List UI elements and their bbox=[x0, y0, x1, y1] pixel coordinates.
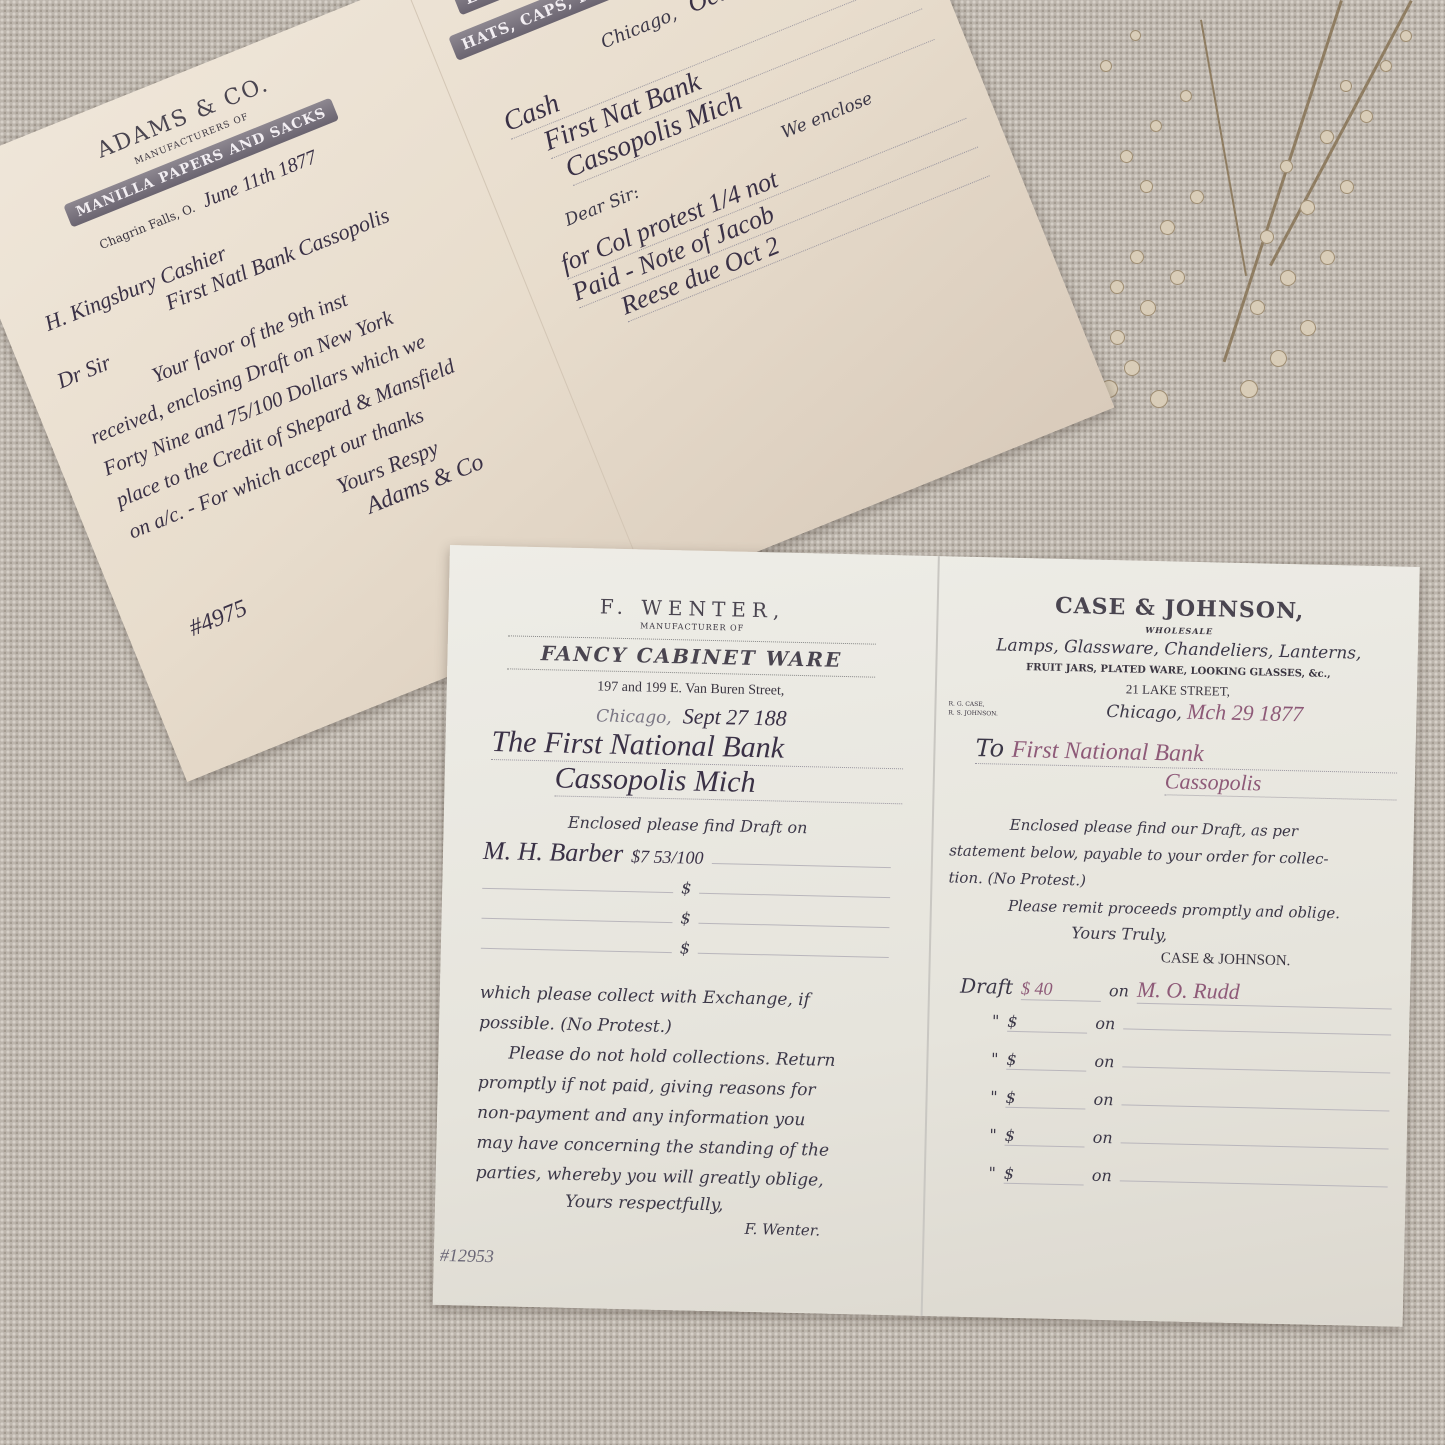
wenter-draft-amount: $ bbox=[681, 878, 692, 897]
wenter-recipient-2: Cassopolis Mich bbox=[554, 761, 903, 804]
case-draft-on: on bbox=[1094, 1052, 1114, 1071]
case-draft-on: on bbox=[1109, 981, 1129, 1000]
dried-flowers-right bbox=[1080, 0, 1445, 440]
case-draft-prefix: " bbox=[959, 1011, 999, 1031]
wenter-address: 197 and 199 E. Van Buren Street, bbox=[447, 676, 935, 703]
case-draft-amount: $ 40 bbox=[1021, 978, 1101, 1002]
case-draft-prefix: Draft bbox=[960, 974, 1013, 999]
case-draft-on: on bbox=[1093, 1128, 1113, 1147]
case-letterhead: CASE & JOHNSON, WHOLESALE Lamps, Glasswa… bbox=[921, 556, 1422, 1327]
case-draft-on: on bbox=[1095, 1014, 1115, 1033]
case-recipient-prefix: To bbox=[975, 734, 1004, 763]
case-draft-amount: $ bbox=[1004, 1164, 1084, 1186]
partner-name: R. S. JOHNSON. bbox=[948, 708, 998, 718]
case-draft-amount: $ bbox=[1006, 1050, 1086, 1072]
case-recipient-1: First National Bank bbox=[1011, 737, 1204, 767]
case-date: Mch 29 1877 bbox=[1187, 699, 1304, 727]
wenter-draft-name: M. H. Barber bbox=[483, 836, 624, 869]
case-draft-prefix: " bbox=[957, 1125, 997, 1145]
wenter-letterhead: F. WENTER, MANUFACTURER OF FANCY CABINET… bbox=[433, 545, 938, 1316]
case-draft-amount: $ bbox=[1005, 1088, 1085, 1110]
wenter-place: Chicago, bbox=[596, 706, 672, 728]
wenter-draft-amount: $7 53/100 bbox=[631, 846, 704, 869]
wenter-draft-amount: $ bbox=[680, 938, 691, 957]
case-signature: CASE & JOHNSON. bbox=[1161, 950, 1413, 973]
case-draft-on: on bbox=[1092, 1166, 1112, 1185]
wenter-enclosed: Enclosed please find Draft on bbox=[444, 810, 932, 840]
case-draft-amount: $ bbox=[1007, 1012, 1087, 1034]
wenter-signature: F. Wenter. bbox=[744, 1220, 922, 1242]
wenter-case-letter: F. WENTER, MANUFACTURER OF FANCY CABINET… bbox=[433, 545, 1420, 1327]
case-partners: R. G. CASE, R. S. JOHNSON. bbox=[948, 699, 998, 718]
wenter-date: Sept 27 188 bbox=[683, 703, 787, 730]
case-draft-on: on bbox=[1093, 1090, 1113, 1109]
wenter-banner: FANCY CABINET WARE bbox=[540, 641, 842, 672]
case-draft-prefix: " bbox=[956, 1163, 996, 1183]
wenter-number: #12953 bbox=[440, 1245, 922, 1277]
wenter-draft-amount: $ bbox=[680, 908, 691, 927]
case-draft-prefix: " bbox=[958, 1049, 998, 1069]
case-recipient-2: Cassopolis bbox=[1165, 768, 1398, 800]
case-place: Chicago, bbox=[1106, 702, 1182, 724]
case-draft-amount: $ bbox=[1005, 1126, 1085, 1148]
case-draft-prefix: " bbox=[957, 1087, 997, 1107]
case-draft-name: M. O. Rudd bbox=[1137, 977, 1393, 1010]
